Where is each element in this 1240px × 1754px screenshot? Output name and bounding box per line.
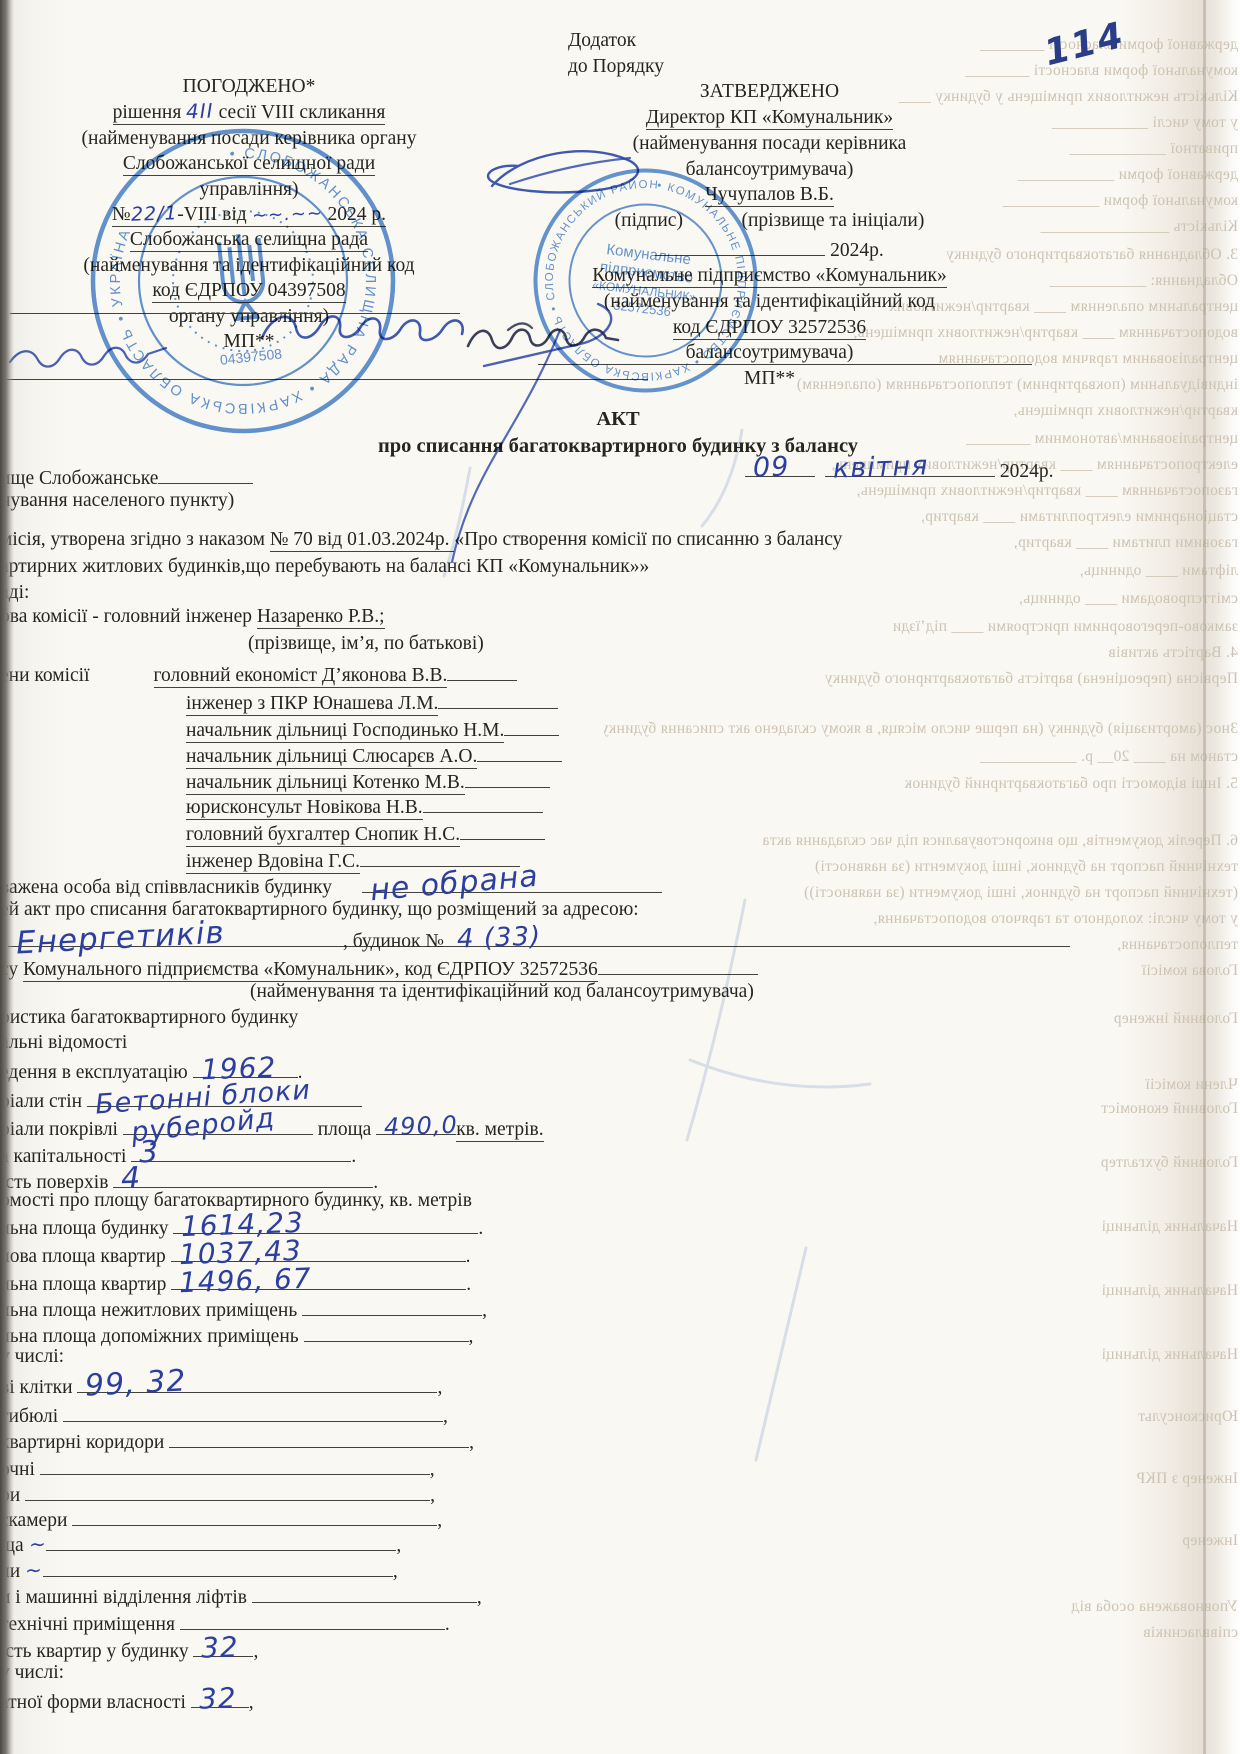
bleedthrough-line: Уповноважена особа від [604,1598,1238,1616]
printed-text: до Порядку [568,56,664,77]
doc-line: ище Слобожанське [0,462,253,491]
doc-line: ей акт про списання багатоквартирного бу… [0,898,639,922]
printed-text: (найменування посади керівника органу [82,128,417,149]
printed-text: 2024р. [825,240,884,261]
printed-text: нування населеного пункту) [0,490,234,511]
header-line: 2024р. [512,234,1027,264]
blank-underline [477,740,562,762]
printed-text: (підпис) (прізвище та ініціали) [615,210,925,231]
printed-text: артирних житлових будинків,що перебувают… [0,556,649,577]
printed-text: , [253,1641,258,1662]
blank-underline [619,925,1049,947]
blank-underline [169,1426,469,1448]
header-line: (підпис) (прізвище та ініціали) [512,208,1027,234]
bleedthrough-line: Начальник дільниці [604,1218,1238,1236]
bleedthrough-line: Начальник дільниці [604,1346,1238,1364]
handwritten-entry: 32 [198,1686,236,1711]
handwritten-entry: квітня [833,454,929,481]
printed-text: 2024р. [995,461,1054,482]
rule [10,313,460,314]
handwritten-entry: 32 [201,1635,239,1660]
printed-text: місія, утворена згідно з наказом [0,529,270,550]
blank-underline [598,953,758,975]
handwritten-entry: ~ [28,1532,47,1557]
printed-text: . [351,1146,356,1167]
bleedthrough-line: Інженер [604,1532,1238,1550]
printed-text: . [478,1218,483,1239]
bleedthrough-line: Юрисконсульт [604,1408,1238,1426]
printed-text: важена особа від співвласників будинку [0,877,332,898]
doc-line: ристика багатоквартирного будинку [0,1006,298,1030]
printed-text: «Про створення комісії по списанню з бал… [454,529,842,550]
printed-text: . [445,1614,450,1635]
printed-text-underlined: № 70 від 01.03.2024р. [270,529,455,552]
printed-text: технічні приміщення [0,1614,180,1635]
printed-text: ристика багатоквартирного будинку [0,1007,298,1028]
printed-text: балансоутримувача) [686,159,854,180]
printed-text-underlined: головний бухгалтер Снопик Н.С. [186,824,460,847]
blank-underline: 32 [191,1686,249,1708]
handwritten-entry: 4 [121,1167,142,1192]
header-line: код ЄДРПОУ 32572536 [512,315,1027,341]
doc-line: важена особа від співвласників будинкуне… [0,871,662,900]
scanned-page: 114 ПОГОДЖЕНО*рішення 4ІІ сесії VIII скл… [0,0,1240,1754]
header-line: балансоутримувача) [512,157,1027,183]
printed-text: лова площа квартир [0,1246,171,1267]
doc-line: 09квітня 2024р. [745,455,1054,484]
handwritten-entry: 99, 32 [85,1369,188,1398]
doc-line: нування населеного пункту) [0,489,234,513]
printed-text: квартирні коридори [0,1432,169,1453]
printed-text: Директор КП «Комунальник» [646,107,893,128]
bleedthrough-line: Начальник дільниці [604,1282,1238,1300]
doc-line: інженер з ПКР Юнашева Л.М. [186,687,558,716]
doc-line: головний бухгалтер Снопик Н.С. [186,818,545,847]
doc-line: Енергетиків, будинок № 4 (33) [8,925,1049,954]
blank-underline: руберойд [123,1113,313,1135]
printed-text: органу управління) [169,306,329,327]
handwritten-entry: Енергетиків [16,921,226,956]
bleedthrough-line: технічний паспорт на будинок, інші докум… [604,858,1238,876]
doc-line: ріали покрівлі руберойд площа 490,0кв. м… [0,1113,544,1142]
printed-text: 2024 р. [323,204,386,225]
blank-underline [465,766,550,788]
printed-text: льна площа допоміжних приміщень [0,1326,304,1347]
doc-line: атної форми власності 32, [0,1686,254,1715]
doc-line: артирних житлових будинків,що перебувают… [0,555,649,579]
bleedthrough-line: Первісна (переоцінена) вартість багатокв… [604,670,1238,688]
doc-line: ова комісії - головний інженер Назаренко… [0,605,385,629]
blank-underline: 490,0 [376,1113,456,1135]
doc-line: льна площа нежитлових приміщень , [0,1294,487,1323]
blank-underline: 3 [131,1140,351,1162]
printed-text: льна площа нежитлових приміщень [0,1300,302,1321]
printed-text: , [469,1432,474,1453]
header-line: (найменування та ідентифікаційний код [8,253,490,278]
blank-underline [252,1581,477,1603]
printed-text: . [466,1246,471,1267]
header-line: Слобожанської селищної ради [8,151,490,176]
printed-text: , [482,1300,487,1321]
printed-text: код ЄДРПОУ 32572536 [673,317,866,338]
header-line: Слобожанська селищна рада [8,227,490,252]
bleedthrough-line: газопостачанням ____ квартир/нежитлових … [604,482,1238,500]
blank-underline [438,687,558,709]
header-line: №22/1-VIII від ~~.~~ 2024 р. [8,202,490,227]
doc-line: су Комунального підприємства «Комунальни… [0,953,758,982]
blank-underline [40,1453,430,1475]
printed-text-underlined: юрисконсульт Новікова Н.В. [186,797,423,820]
blank-underline: Бетонні блоки [87,1085,362,1107]
printed-text: льна площа квартир [0,1274,171,1295]
bleedthrough-line: (технічний паспорт на будинок, інші доку… [604,884,1238,902]
header-line: ПОГОДЖЕНО* [8,74,490,99]
header-line: балансоутримувача) [512,340,1027,366]
printed-text: Слобожанської селищної ради [123,153,375,174]
bleedthrough-line: 4. Вартість активів [604,644,1238,662]
bleedthrough-line: сміттєпроводами ____ одиниць, [604,590,1238,608]
printed-text: (найменування та ідентифікаційний код ба… [250,981,754,1002]
printed-text: едення в експлуатацію [0,1062,193,1083]
printed-text: ість квартир у будинку [0,1641,193,1662]
blank-underline [180,1608,445,1630]
printed-text-underlined: кв. метрів. [456,1119,543,1142]
blank-underline: 09 [745,455,815,477]
blank-underline: квітня [825,455,995,477]
bleedthrough-line: Головний інженер [604,1010,1238,1028]
printed-text: . [466,1274,471,1295]
bleedthrough-line: замково-переговорними пристроями ____ пі… [604,618,1238,636]
printed-text: альні відомості [0,1032,127,1053]
blank-underline [302,1294,482,1316]
printed-text: , будинок № [343,931,449,952]
doc-line: альні відомості [0,1031,127,1055]
printed-text: , [430,1485,435,1506]
doc-line: тибюлі , [0,1400,448,1429]
header-line: рішення 4ІІ сесії VIII скликання [8,99,490,125]
printed-text: МП** [744,368,795,389]
printed-text: Комунальне підприємство «Комунальник» [592,265,947,286]
printed-text: а капітальності [0,1146,131,1167]
handwritten-entry: 09 [753,455,790,480]
header-line: ЗАТВЕРДЖЕНО [512,79,1027,105]
printed-text: Додаток [568,30,636,51]
handwritten-entry: 22/1 [130,201,178,228]
blank-underline [46,1529,396,1551]
blank-underline: 1614,23 [173,1212,478,1234]
header-line: органу управління) [8,304,490,329]
handwritten-entry: 4 (33) [456,925,541,952]
blank-underline [460,818,545,840]
printed-text: МП** [224,331,275,352]
printed-text: , [430,1459,435,1480]
blank-underline: Енергетиків [8,925,343,947]
doc-line: (найменування та ідентифікаційний код ба… [250,980,754,1004]
blank-underline [504,714,559,736]
printed-text: площа [313,1119,376,1140]
doc-line: а капітальності 3. [0,1140,356,1169]
printed-text: льна площа будинку [0,1218,173,1239]
printed-text-underlined: інженер з ПКР Юнашева Л.М. [186,693,438,716]
blank-underline: 1962 [193,1056,298,1078]
bleedthrough-line: 6. Перелік документів, що використовувал… [604,832,1238,850]
bleedthrough-line: Члени комісії [604,1076,1238,1094]
blank-underline: 4 (33) [449,925,619,947]
printed-text-underlined: головний економіст Д’яконова В.В. [154,665,448,688]
printed-text: балансоутримувача) [686,342,854,363]
printed-text: рішення [113,102,187,123]
printed-text: управління) [199,179,298,200]
doc-line: квартирні коридори , [0,1426,474,1455]
blank-underline [423,791,543,813]
doc-line: льна площа квартир 1496, 67. [0,1268,471,1297]
printed-text: ЗАТВЕРДЖЕНО [700,81,839,102]
header-line: (найменування та ідентифікаційний код [512,289,1027,315]
blank-underline [447,659,517,681]
printed-text: , [437,1510,442,1531]
bleedthrough-line: Головний економіст [604,1100,1238,1118]
page-curl-edge [1203,0,1206,1754]
doc-line: юрисконсульт Новікова Н.В. [186,791,543,820]
printed-text: ей акт про списання багатоквартирного бу… [0,899,639,920]
handwritten-entry: ~ [25,1558,44,1583]
printed-text: (найменування та ідентифікаційний код [604,291,935,312]
printed-text: сесії VIII скликання [214,102,386,123]
doc-line: очні , [0,1453,435,1482]
printed-text: ова комісії - головний інженер [0,606,257,627]
bleedthrough-line: 5. Інші відомості про багатоквартирний б… [604,775,1238,793]
header-line: (найменування посади керівника [512,131,1027,157]
doc-line: ща ~, [0,1529,401,1558]
doc-line: ли ~, [0,1555,398,1584]
doc-line: ість квартир у будинку 32, [0,1635,258,1664]
blank-underline: 32 [193,1635,253,1657]
handwritten-entry: 3 [139,1141,160,1166]
printed-text: ріали покрівлі [0,1119,123,1140]
doc-line: начальник дільниці Слюсарєв А.О. [186,740,562,769]
printed-text: и і машинні відділення ліфтів [0,1587,252,1608]
printed-text: № [112,204,131,225]
printed-text: , [249,1692,254,1713]
blank-underline: не обрана [362,871,662,893]
blank-underline: 1496, 67 [171,1268,466,1290]
blank-underline [655,234,825,256]
bleedthrough-line: станом на ____ 20__ р. ____________ [604,748,1238,766]
printed-text: атної форми власності [0,1692,191,1713]
rule [0,379,648,380]
header-line: управління) [8,177,490,202]
rule [538,364,1032,365]
header-line: Додаток [512,28,1027,54]
doc-line: ріали стін Бетонні блоки [0,1085,362,1114]
blank-underline [304,1320,469,1342]
bleedthrough-line: стаціонарними електроплитами ____ кварти… [604,508,1238,526]
blank-underline: 99, 32 [77,1371,437,1393]
printed-text: , [393,1561,398,1582]
blank-underline [25,1479,430,1501]
printed-text: , [396,1535,401,1556]
handwritten-entry: 4ІІ [186,99,214,125]
header-line: Директор КП «Комунальник» [512,105,1027,131]
printed-text: ище Слобожанське [0,468,158,489]
header-line: код ЄДРПОУ 04397508 [8,278,490,303]
blank-underline: 4 [113,1166,373,1188]
doc-line: льна площа допоміжних приміщень , [0,1320,473,1349]
handwritten-entry: 1496, 67 [179,1267,312,1296]
blank-underline [72,1504,437,1526]
bleedthrough-line: Знос (амортизація) будинку (на перше чис… [604,720,1238,738]
bleedthrough-line: співвласників [604,1624,1238,1642]
printed-text: , [443,1406,448,1427]
doc-line: ени комісіїголовний економіст Д’яконова … [0,659,517,688]
header-line: МП** [8,329,490,354]
printed-text: (прізвище, ім’я, по батькові) [248,633,484,654]
book-spine-shadow [0,0,14,1754]
printed-text: , [469,1326,474,1347]
blank-underline [63,1400,443,1422]
blank-underline: 1037,43 [171,1240,466,1262]
blank-underline [43,1555,393,1577]
act-title: АКТ [0,407,1236,431]
handwritten-entry: ~~.~~ [251,201,323,229]
approval-block-right: Додатокдо ПорядкуЗАТВЕРДЖЕНОДиректор КП … [512,28,1027,392]
header-line: до Порядку [512,54,1027,80]
bleedthrough-line: Головний бухгалтер [604,1154,1238,1172]
bleedthrough-line: Інженер з ПКР [604,1470,1238,1488]
printed-text: ПОГОДЖЕНО* [183,76,316,97]
blank-underline [158,462,253,484]
printed-text-underlined: Комунального підприємства «Комунальник»,… [23,959,598,982]
printed-text: Чучупалов В.Б. [705,184,834,205]
handwritten-entry: 490,0 [384,1113,459,1140]
bleedthrough-line: ліфтами ____ одиниць, [604,562,1238,580]
printed-text-underlined: Назаренко Р.В.; [257,606,385,629]
printed-text: , [437,1377,442,1398]
printed-text: код ЄДРПОУ 04397508 [152,280,345,301]
header-line: (найменування посади керівника органу [8,126,490,151]
doc-line: ві клітки 99, 32, [0,1371,442,1400]
header-line: Чучупалов В.Б. [512,182,1027,208]
printed-text: Слобожанська селищна рада [130,229,368,250]
printed-text: -VIII від [177,204,251,225]
printed-text: (найменування посади керівника [633,133,907,154]
header-line: Комунальне підприємство «Комунальник» [512,263,1027,289]
doc-line: начальник дільниці Господинько Н.М. [186,714,559,743]
printed-text: (найменування та ідентифікаційний код [83,255,414,276]
doc-line: місія, утворена згідно з наказом № 70 ві… [0,528,842,552]
doc-line: и і машинні відділення ліфтів , [0,1581,482,1610]
printed-text: , [477,1587,482,1608]
doc-line: (прізвище, ім’я, по батькові) [248,632,484,656]
